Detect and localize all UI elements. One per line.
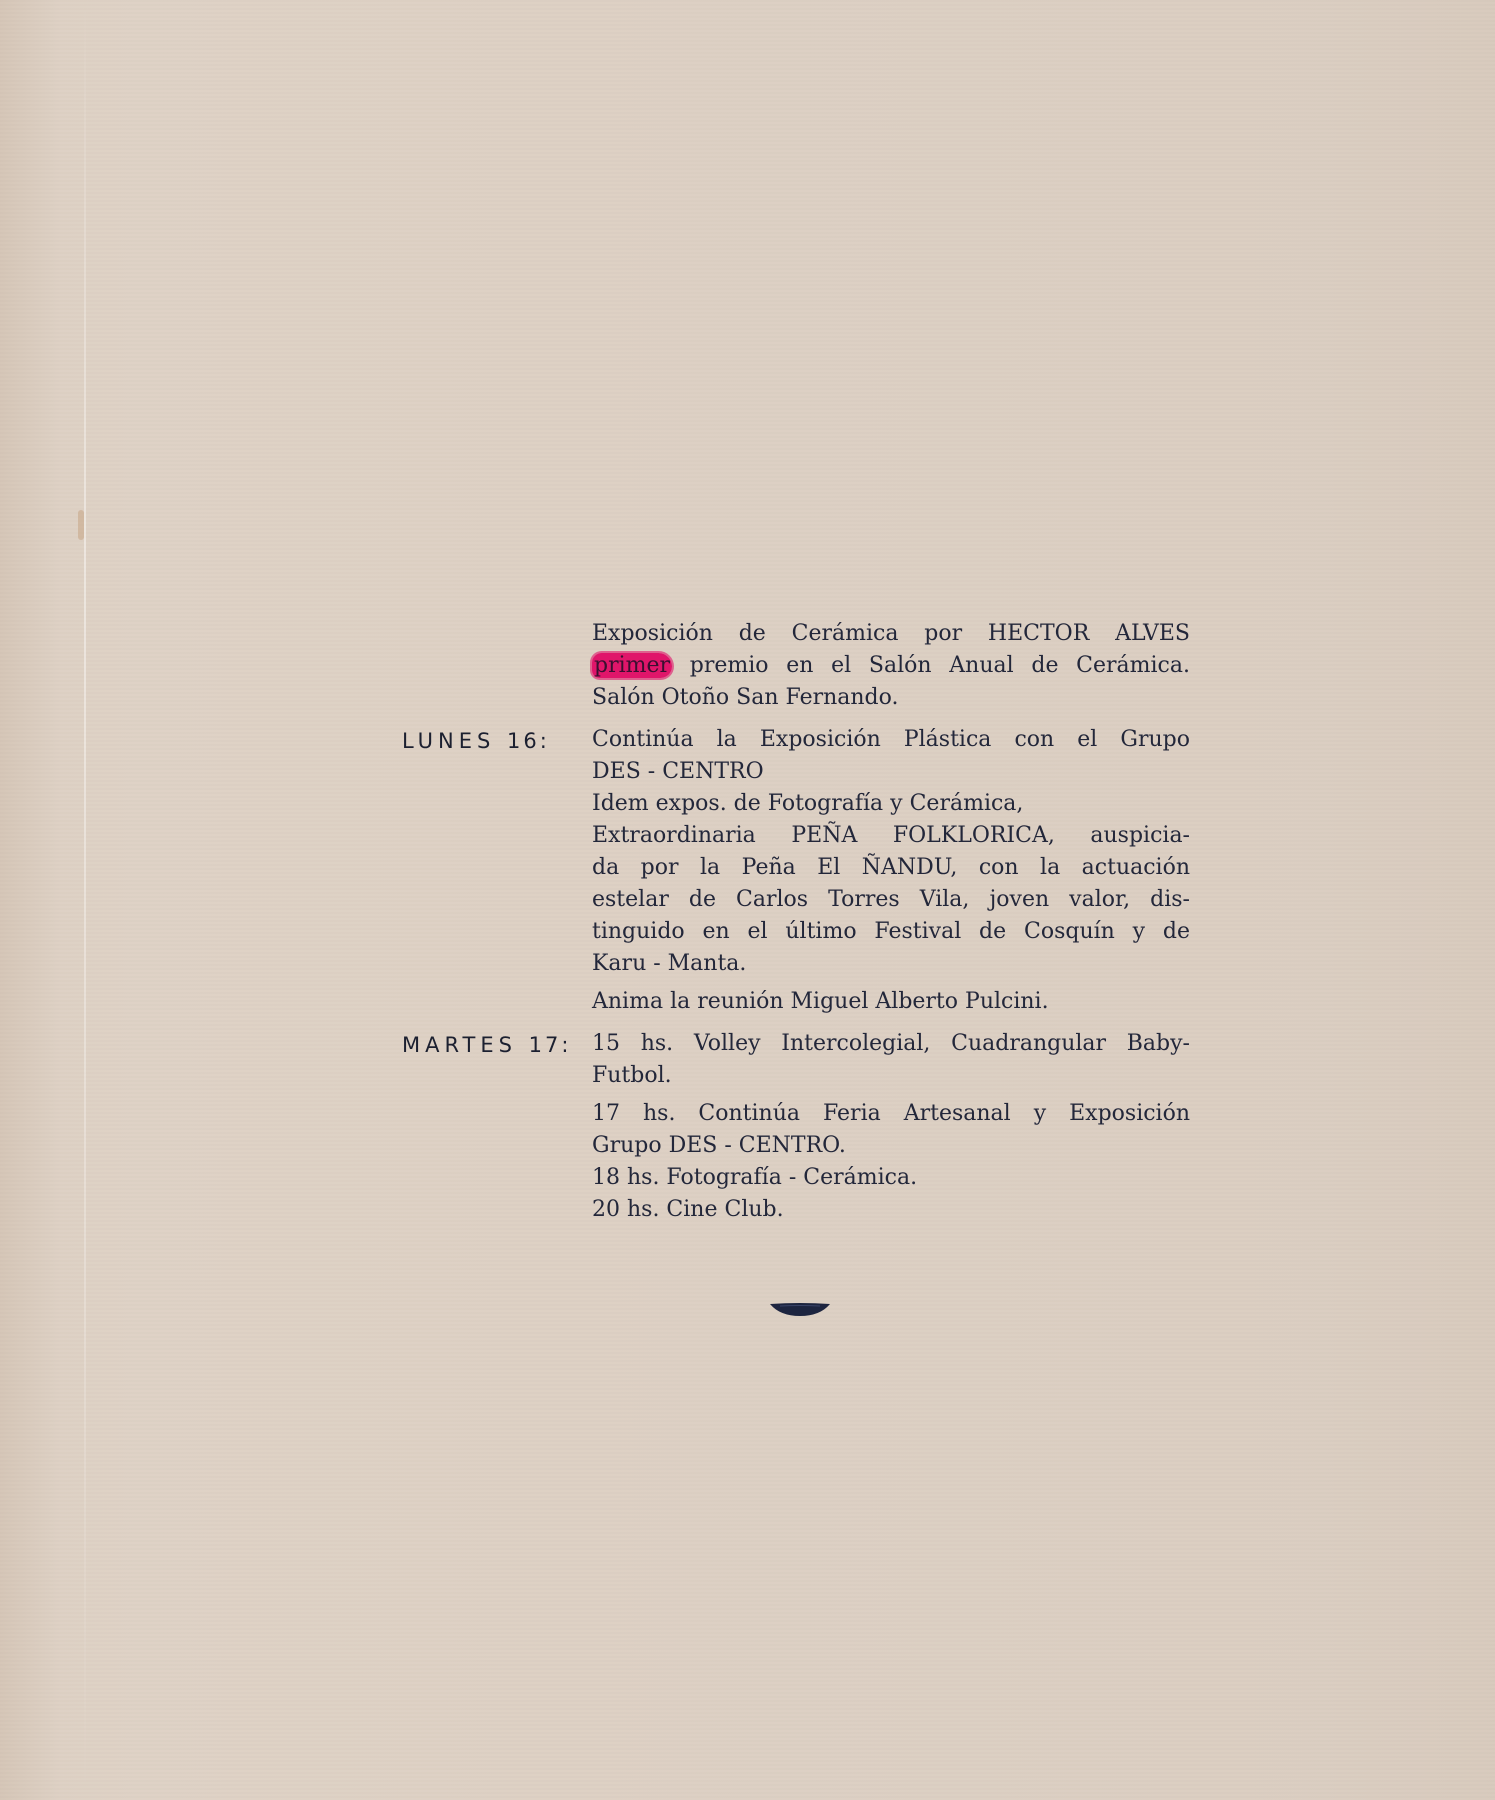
intro-line-3: Salón Otoño San Fernando. (592, 682, 1190, 714)
day-name: MARTES (402, 1033, 517, 1057)
lunes-line-3: Idem expos. de Fotografía y Cerámica, (592, 788, 1190, 820)
lunes-line-2: DES - CENTRO (592, 756, 1190, 788)
lunes-line-5: da por la Peña El ÑANDU, con la actuació… (592, 852, 1190, 884)
martes-line-4: Grupo DES - CENTRO. (592, 1130, 1190, 1162)
lunes-line-7: tinguido en el último Festival de Cosquí… (592, 916, 1190, 948)
lunes-line-4: Extraordinaria PEÑA FOLKLORICA, auspicia… (592, 820, 1190, 852)
day-entry-lunes: LUNES 16: Continúa la Exposición Plástic… (402, 724, 1202, 1018)
day-number: 16: (507, 729, 550, 753)
intro-entry: Exposición de Cerámica por HECTOR ALVES … (402, 618, 1202, 714)
day-label-lunes: LUNES 16: (402, 724, 592, 758)
martes-line-2: Futbol. (592, 1060, 1190, 1092)
day-entry-martes: MARTES 17: 15 hs. Volley Intercolegial, … (402, 1028, 1202, 1226)
day-label-martes: MARTES 17: (402, 1028, 592, 1062)
martes-line-5: 18 hs. Fotografía - Cerámica. (592, 1162, 1190, 1194)
half-moon-ornament-icon (770, 1303, 830, 1317)
paper-stain (78, 510, 84, 540)
day-number: 17: (529, 1033, 572, 1057)
martes-line-1: 15 hs. Volley Intercolegial, Cuadrangula… (592, 1028, 1190, 1060)
lunes-line-9: Anima la reunión Miguel Alberto Pulcini. (592, 986, 1190, 1018)
day-name: LUNES (402, 729, 495, 753)
page-fold-crease (84, 0, 86, 1800)
lunes-line-8: Karu - Manta. (592, 948, 1190, 980)
martes-line-3: 17 hs. Continúa Feria Artesanal y Exposi… (592, 1098, 1190, 1130)
lunes-lines: Continúa la Exposición Plástica con el G… (592, 724, 1202, 1018)
intro-line-2-text: premio en el Salón Anual de Cerámica. (690, 653, 1190, 678)
intro-line-2: primer premio en el Salón Anual de Cerám… (592, 650, 1190, 682)
highlighted-word: primer (592, 653, 672, 678)
intro-line-1: Exposición de Cerámica por HECTOR ALVES (592, 618, 1190, 650)
program-listing: Exposición de Cerámica por HECTOR ALVES … (402, 618, 1202, 1226)
martes-lines: 15 hs. Volley Intercolegial, Cuadrangula… (592, 1028, 1202, 1226)
intro-lines: Exposición de Cerámica por HECTOR ALVES … (592, 618, 1202, 714)
lunes-line-6: estelar de Carlos Torres Vila, joven val… (592, 884, 1190, 916)
lunes-line-1: Continúa la Exposición Plástica con el G… (592, 724, 1190, 756)
martes-line-6: 20 hs. Cine Club. (592, 1194, 1190, 1226)
